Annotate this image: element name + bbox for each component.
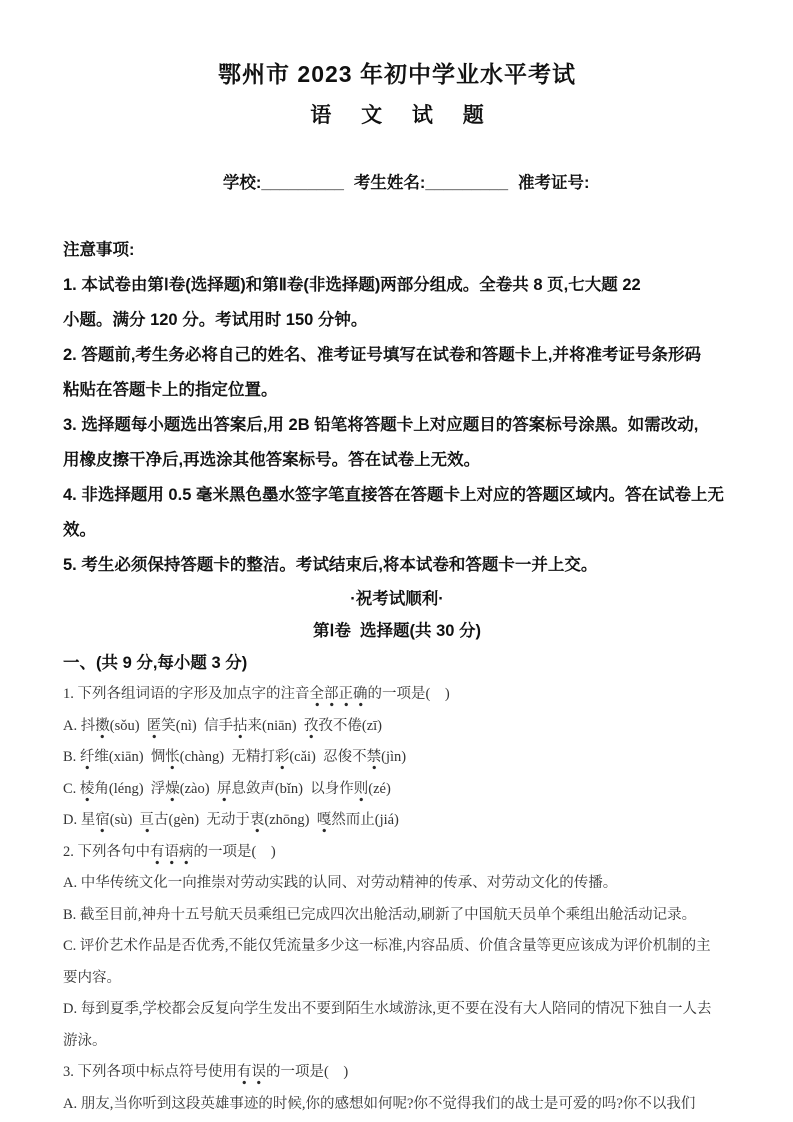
text-segment: (chàng) 无精打 [180, 749, 275, 765]
good-luck-wish: ·祝考试顺利· [63, 583, 731, 615]
text-segment: 维(xiān) 惆 [94, 749, 165, 765]
notice-item-3-line-2: 用橡皮擦干净后,再选涂其他答案标号。答在试卷上无效。 [63, 443, 731, 478]
text-segment: B. [63, 749, 80, 765]
question-2-option-c-line-1: C. 评价艺术作品是否优秀,不能仅凭流量多少这一标准,内容品质、价值含量等更应该… [63, 931, 731, 963]
notice-item-3-line-1: 3. 选择题每小题选出答案后,用 2B 铅笔将答题卡上对应题目的答案标号涂黑。如… [63, 408, 731, 443]
emphasized-text: 拈 [233, 718, 248, 739]
text-segment: (jìn) [381, 749, 406, 765]
candidate-name-label: 考生姓名: [354, 174, 426, 192]
ticket-number-label: 准考证号: [518, 174, 590, 192]
text-segment: 角(léng) 浮 [94, 781, 165, 797]
text-segment: 的一项是( ) [194, 844, 276, 860]
question-2-option-a: A. 中华传统文化一向推崇对劳动实践的认同、对劳动精神的传承、对劳动文化的传播。 [63, 868, 731, 900]
question-1-stem: 1. 下列各组词语的字形及加点字的注音全部正确的一项是( ) [63, 679, 731, 711]
emphasized-text: 全部正确 [310, 686, 368, 707]
question-2-stem: 2. 下列各句中有语病的一项是( ) [63, 837, 731, 869]
notice-item-4-line-1: 4. 非选择题用 0.5 毫米黑色墨水签字笔直接答在答题卡上对应的答题区域内。答… [63, 478, 731, 513]
school-blank-field: _________ [261, 174, 344, 192]
emphasized-text: 匿 [147, 718, 162, 739]
emphasized-text: 宿 [95, 812, 110, 833]
text-segment: 古(gèn) 无动于 [154, 812, 250, 828]
text-segment: A. 抖 [63, 718, 95, 734]
question-1-option-a: A. 抖擞(sǒu) 匿笑(nì) 信手拈来(niān) 孜孜不倦(zī) [63, 711, 731, 743]
emphasized-text: 彩 [275, 749, 290, 770]
emphasized-text: 棱 [80, 781, 95, 802]
text-segment: (sǒu) [110, 718, 147, 734]
question-2-option-c-line-2: 要内容。 [63, 963, 731, 995]
notice-item-1-line-1: 1. 本试卷由第Ⅰ卷(选择题)和第Ⅱ卷(非选择题)两部分组成。全卷共 8 页,七… [63, 268, 731, 303]
emphasized-text: 嘎 [317, 812, 332, 833]
candidate-name-blank-field: _________ [425, 174, 508, 192]
question-1-option-d: D. 星宿(sù) 亘古(gèn) 无动于衷(zhōng) 嘎然而止(jiá) [63, 805, 731, 837]
text-segment: 来(niān) [247, 718, 303, 734]
exam-paper-page: 鄂州市 2023 年初中学业水平考试 语 文 试 题 学校:_________考… [0, 0, 793, 1122]
emphasized-text: 有误 [237, 1064, 266, 1085]
exam-title: 鄂州市 2023 年初中学业水平考试 [63, 58, 731, 90]
question-3-stem: 3. 下列各项中标点符号使用有误的一项是( ) [63, 1057, 731, 1089]
text-segment: (zào) [180, 781, 217, 797]
notice-item-2-line-1: 2. 答题前,考生务必将自己的姓名、准考证号填写在试卷和答题卡上,并将准考证号条… [63, 338, 731, 373]
emphasized-text: 则 [354, 781, 369, 802]
part-1-heading: 一、(共 9 分,每小题 3 分) [63, 647, 731, 679]
emphasized-text: 孜 [304, 718, 319, 739]
text-segment: C. [63, 781, 80, 797]
notice-item-2-line-2: 粘贴在答题卡上的指定位置。 [63, 373, 731, 408]
text-segment: (zé) [368, 781, 391, 797]
emphasized-text: 屏 [217, 781, 232, 802]
emphasized-text: 衷 [250, 812, 265, 833]
text-segment: 2. 下列各句中 [63, 844, 150, 860]
emphasized-text: 燥 [165, 781, 180, 802]
text-segment: (zhōng) [264, 812, 316, 828]
emphasized-text: 有语病 [150, 844, 194, 865]
notice-item-5: 5. 考生必须保持答题卡的整洁。考试结束后,将本试卷和答题卡一并上交。 [63, 548, 731, 583]
emphasized-text: 擞 [95, 718, 110, 739]
notice-item-4-line-2: 效。 [63, 513, 731, 548]
notice-heading: 注意事项: [63, 233, 731, 268]
text-segment: 笑(nì) 信手 [161, 718, 233, 734]
text-segment: (sù) [110, 812, 140, 828]
candidate-fill-line: 学校:_________考生姓名:_________准考证号: [63, 138, 731, 228]
text-segment: D. 星 [63, 812, 95, 828]
text-segment: (cǎi) 忍俊不 [289, 749, 366, 765]
text-segment: 的一项是( ) [266, 1064, 348, 1080]
question-1-option-c: C. 棱角(léng) 浮燥(zào) 屏息敛声(bǐn) 以身作则(zé) [63, 774, 731, 806]
text-segment: 的一项是( ) [368, 686, 450, 702]
emphasized-text: 纤 [80, 749, 95, 770]
question-2-option-d-line-2: 游泳。 [63, 1026, 731, 1058]
emphasized-text: 怅 [165, 749, 180, 770]
question-1-option-b: B. 纤维(xiān) 惆怅(chàng) 无精打彩(cǎi) 忍俊不禁(jìn… [63, 742, 731, 774]
section-1-heading: 第Ⅰ卷 选择题(共 30 分) [63, 615, 731, 647]
school-label: 学校: [223, 174, 262, 192]
question-2-option-d-line-1: D. 每到夏季,学校都会反复向学生发出不要到陌生水域游泳,更不要在没有大人陪同的… [63, 994, 731, 1026]
question-2-option-b: B. 截至目前,神舟十五号航天员乘组已完成四次出舱活动,刷新了中国航天员单个乘组… [63, 900, 731, 932]
exam-subtitle: 语 文 试 题 [63, 101, 731, 131]
text-segment: 1. 下列各组词语的字形及加点字的注音 [63, 686, 310, 702]
text-segment: 孜不倦(zī) [318, 718, 382, 734]
question-3-option-a: A. 朋友,当你听到这段英雄事迹的时候,你的感想如何呢?你不觉得我们的战士是可爱… [63, 1089, 731, 1121]
notice-item-1-line-2: 小题。满分 120 分。考试用时 150 分钟。 [63, 303, 731, 338]
text-segment: 3. 下列各项中标点符号使用 [63, 1064, 237, 1080]
text-segment: 然而止(jiá) [331, 812, 399, 828]
text-segment: 息敛声(bǐn) 以身作 [231, 781, 353, 797]
emphasized-text: 禁 [367, 749, 382, 770]
emphasized-text: 亘 [140, 812, 155, 833]
